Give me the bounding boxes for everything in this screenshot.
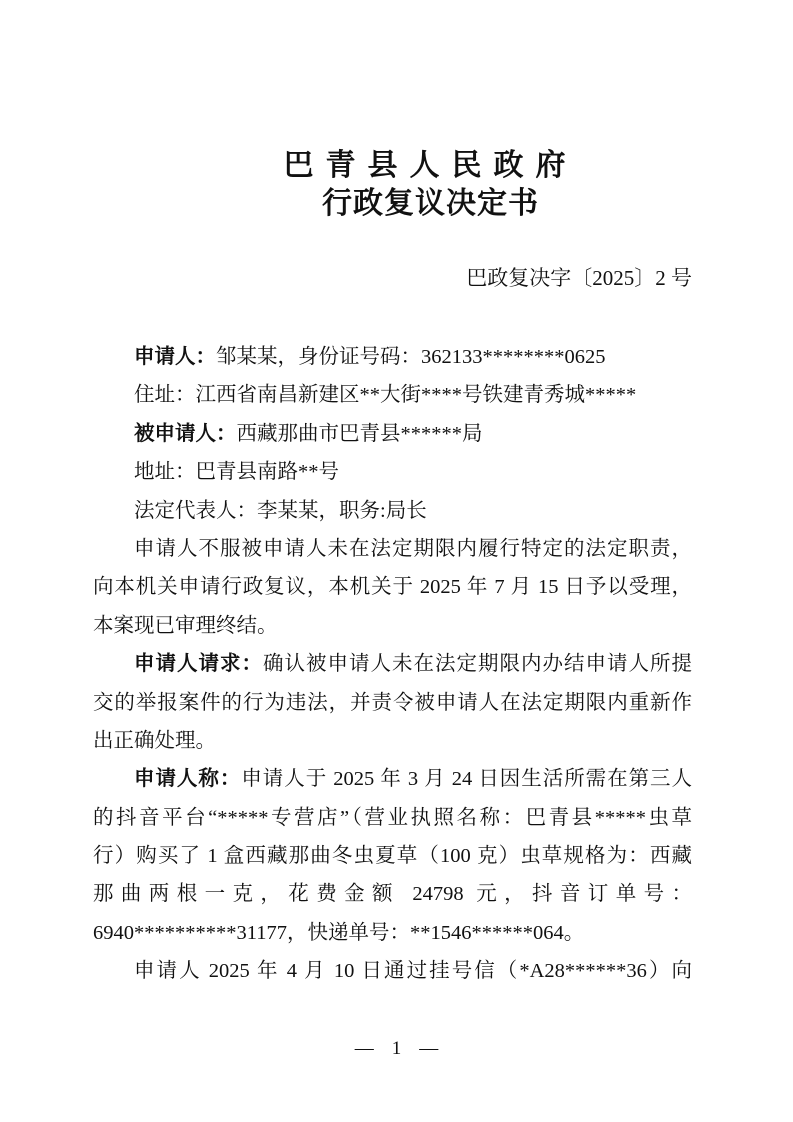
body-text: 确认被申请人未在法定期限内办结申请人所提 <box>263 653 692 675</box>
body-line: 本案现已审理终结。 <box>93 607 692 645</box>
body-text: 法定代表人：李某某，职务:局长 <box>134 500 427 522</box>
body-text: 住址：江西省南昌新建区**大街****号铁建青秀城***** <box>134 384 636 406</box>
body-label: 申请人： <box>134 346 216 368</box>
body-line: 行）购买了 1 盒西藏那曲冬虫夏草（100 克）虫草规格为：西藏 <box>93 837 692 875</box>
body-text: 的抖音平台“*****专营店”（营业执照名称：巴青县*****虫草 <box>93 807 692 829</box>
body-text: 申请人于 2025 年 3 月 24 日因生活所需在第三人 <box>241 768 692 790</box>
body-text: 向本机关申请行政复议，本机关于 2025 年 7 月 15 日予以受理， <box>93 576 692 598</box>
body-text: 6940**********31177，快递单号：**1546******064… <box>93 922 584 944</box>
body-line: 法定代表人：李某某，职务:局长 <box>93 492 692 530</box>
body-line: 申请人称：申请人于 2025 年 3 月 24 日因生活所需在第三人 <box>93 760 692 798</box>
body-text: 行）购买了 1 盒西藏那曲冬虫夏草（100 克）虫草规格为：西藏 <box>93 845 692 867</box>
body-text: 本案现已审理终结。 <box>93 615 278 637</box>
footer-dash-right: — <box>419 1038 438 1059</box>
document-title-type: 行政复议决定书 <box>169 185 692 223</box>
body-text: 邹某某，身份证号码：362133********0625 <box>216 346 606 368</box>
page-footer: —1— <box>0 1036 793 1062</box>
body-line: 申请人不服被申请人未在法定期限内履行特定的法定职责， <box>93 530 692 568</box>
page-number: 1 <box>374 1038 420 1059</box>
body-line: 申请人 2025 年 4 月 10 日通过挂号信（*A28******36）向 <box>93 952 692 990</box>
body-line: 被申请人：西藏那曲市巴青县******局 <box>93 415 692 453</box>
body-label: 申请人请求： <box>134 653 263 675</box>
document-title-org: 巴青县人民政府 <box>169 147 692 185</box>
document-page: 巴青县人民政府 行政复议决定书 巴政复决字〔2025〕2 号 申请人：邹某某，身… <box>0 0 793 1122</box>
body-line: 住址：江西省南昌新建区**大街****号铁建青秀城***** <box>93 376 692 414</box>
body-text: 地址：巴青县南路**号 <box>134 461 339 483</box>
body-text: 申请人不服被申请人未在法定期限内履行特定的法定职责， <box>134 538 692 560</box>
body-text: 那曲两根一克，花费金额 24798 元，抖音订单号： <box>93 883 692 905</box>
body-line: 申请人请求：确认被申请人未在法定期限内办结申请人所提 <box>93 645 692 683</box>
body-line: 出正确处理。 <box>93 722 692 760</box>
body-line: 申请人：邹某某，身份证号码：362133********0625 <box>93 338 692 376</box>
footer-dash-left: — <box>355 1038 374 1059</box>
body-line: 地址：巴青县南路**号 <box>93 453 692 491</box>
title-block: 巴青县人民政府 行政复议决定书 <box>93 147 692 223</box>
document-number: 巴政复决字〔2025〕2 号 <box>93 263 692 293</box>
body-line: 的抖音平台“*****专营店”（营业执照名称：巴青县*****虫草 <box>93 799 692 837</box>
body-label: 被申请人： <box>134 423 237 445</box>
document-content: 巴青县人民政府 行政复议决定书 巴政复决字〔2025〕2 号 申请人：邹某某，身… <box>93 0 692 991</box>
body-line: 那曲两根一克，花费金额 24798 元，抖音订单号： <box>93 875 692 913</box>
body-label: 申请人称： <box>134 768 241 790</box>
body-line: 交的举报案件的行为违法，并责令被申请人在法定期限内重新作 <box>93 684 692 722</box>
body-line: 向本机关申请行政复议，本机关于 2025 年 7 月 15 日予以受理， <box>93 568 692 606</box>
body-text: 交的举报案件的行为违法，并责令被申请人在法定期限内重新作 <box>93 692 692 714</box>
document-body: 申请人：邹某某，身份证号码：362133********0625住址：江西省南昌… <box>93 338 692 991</box>
body-text: 西藏那曲市巴青县******局 <box>237 423 483 445</box>
body-text: 出正确处理。 <box>93 730 216 752</box>
body-text: 申请人 2025 年 4 月 10 日通过挂号信（*A28******36）向 <box>134 960 692 982</box>
body-line: 6940**********31177，快递单号：**1546******064… <box>93 914 692 952</box>
